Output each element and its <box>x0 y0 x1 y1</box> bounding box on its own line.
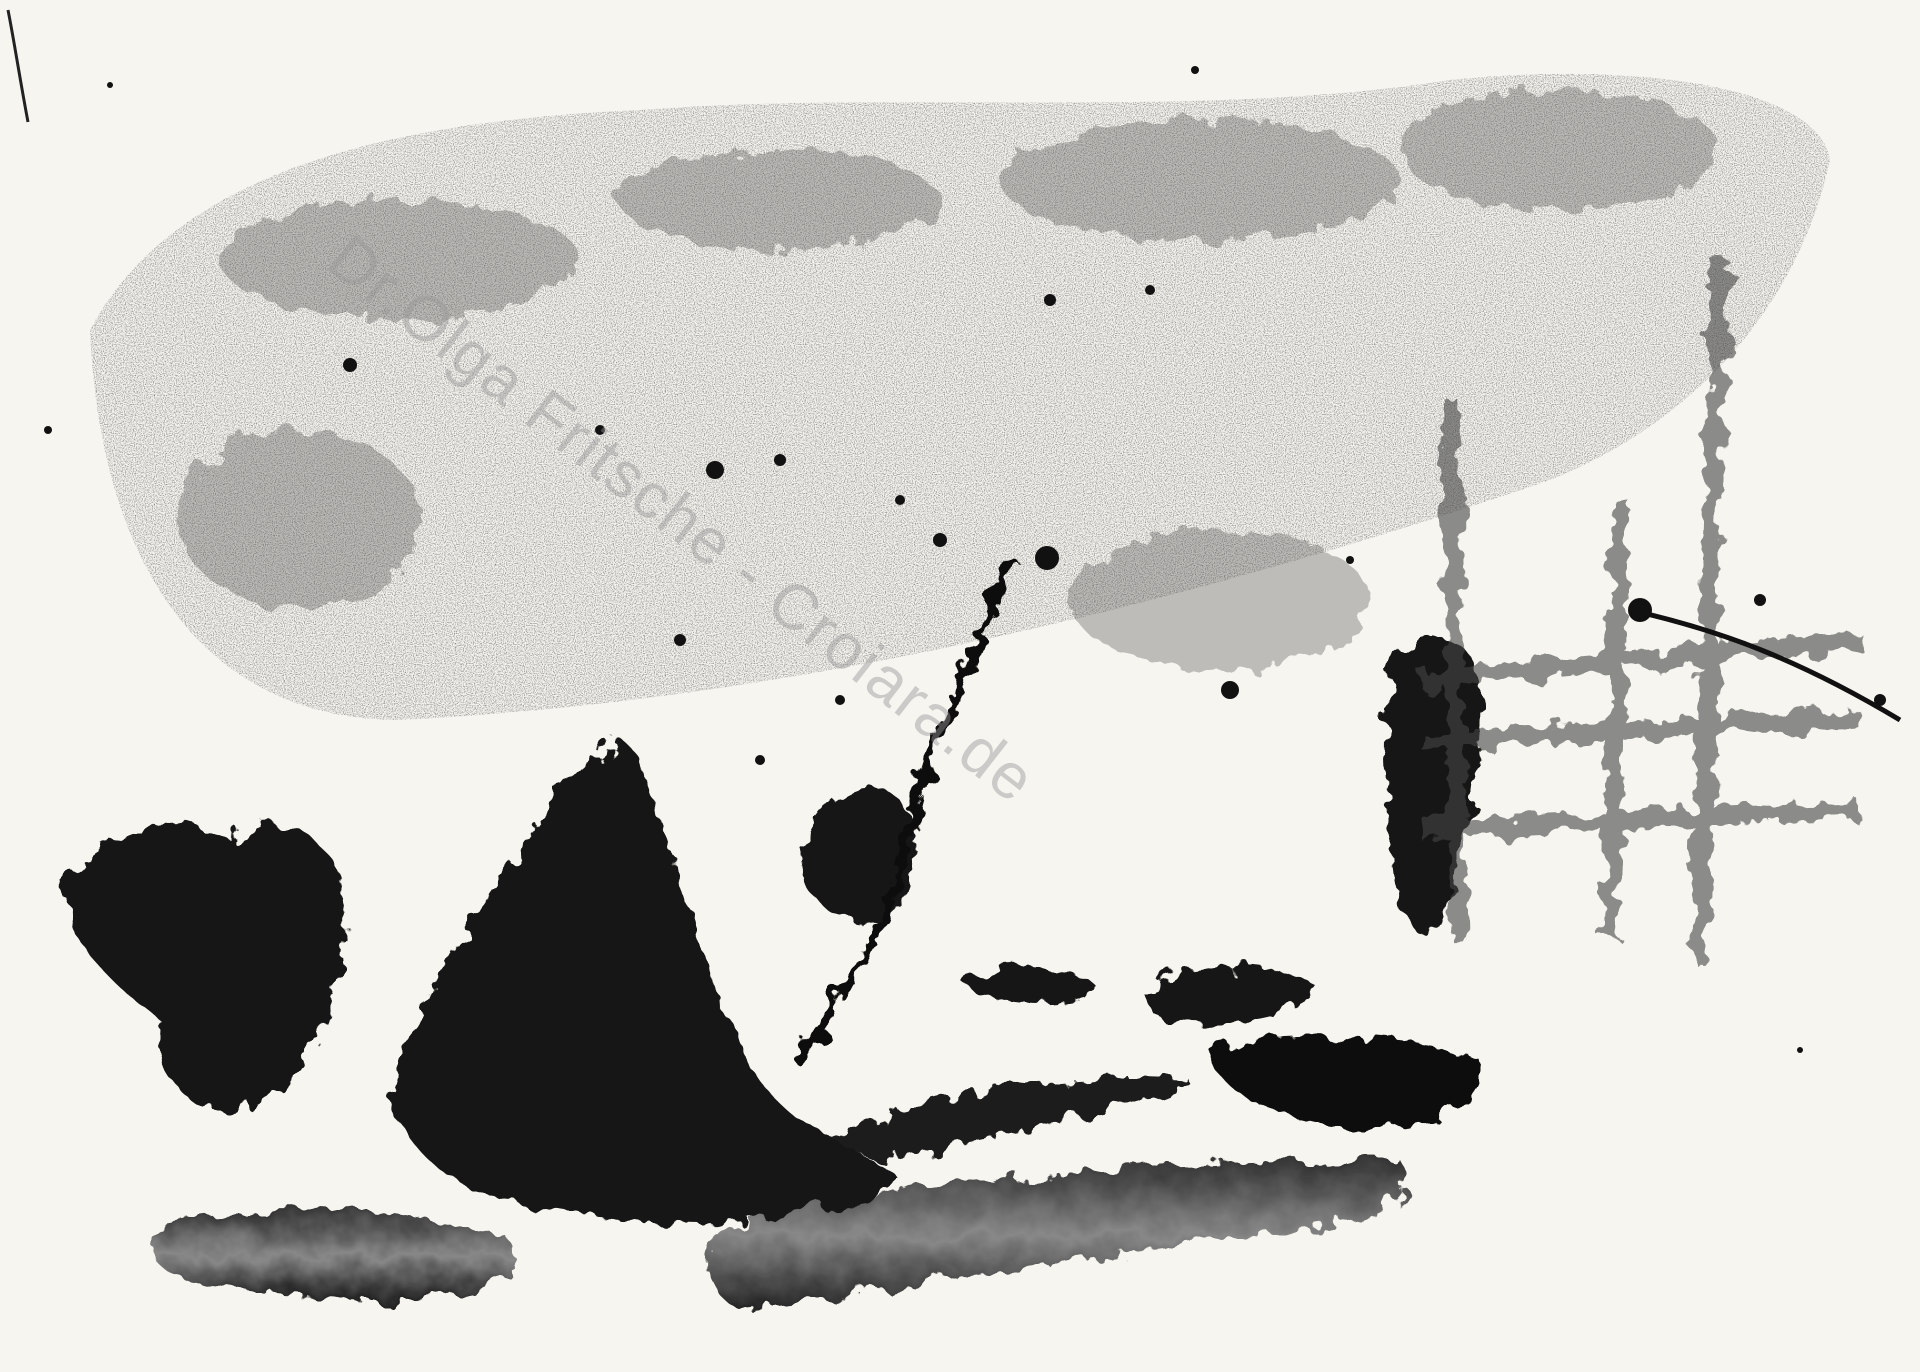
ink-painting <box>0 0 1920 1372</box>
artwork-canvas: Dr.Olga Fritsche - Croiara.de <box>0 0 1920 1372</box>
corner-mark <box>8 10 28 122</box>
shrubs <box>60 636 1480 1223</box>
